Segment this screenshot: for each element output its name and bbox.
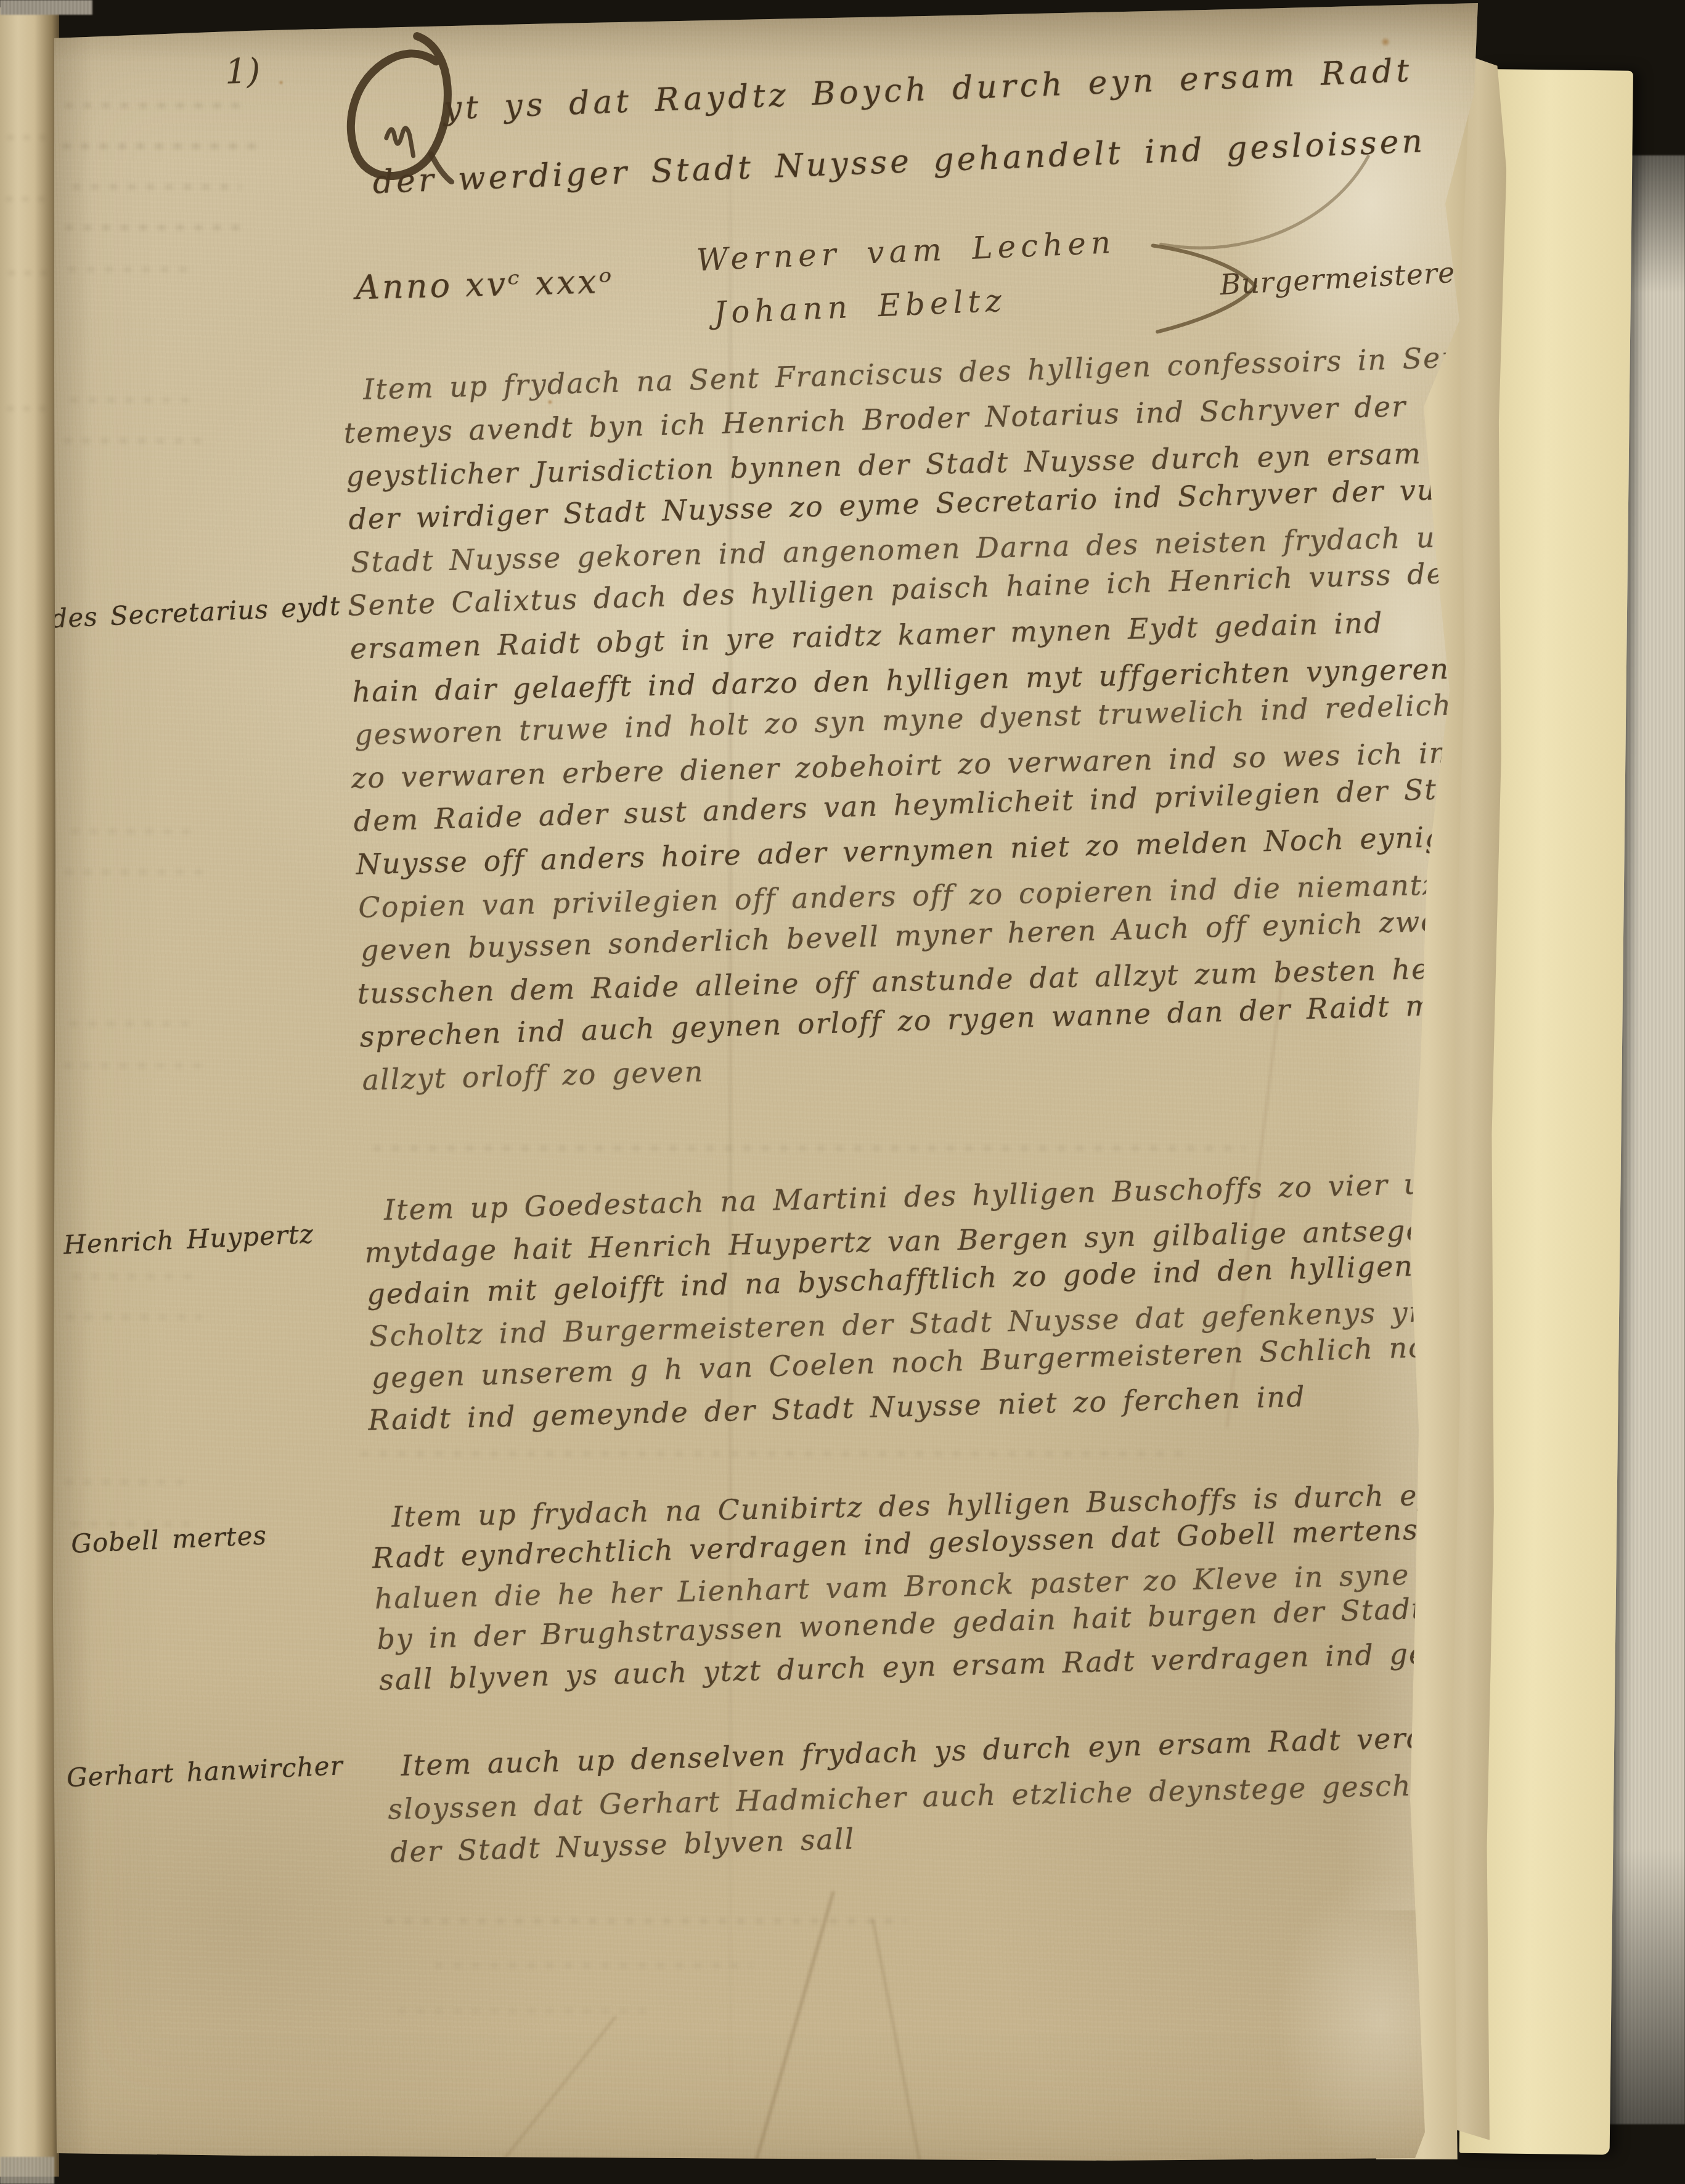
manuscript-text-line: allzyt orloff zo geven bbox=[362, 1054, 704, 1096]
bleed-through-smudge bbox=[5, 131, 48, 143]
margin-note: Gobell mertes bbox=[70, 1520, 267, 1559]
year-dateline: Anno xvᶜ xxxᵒ bbox=[355, 262, 614, 308]
book-cradle-fabric bbox=[0, 2157, 54, 2184]
folio-number: 1) bbox=[224, 51, 261, 92]
margin-note: Henrich Huypertz bbox=[63, 1219, 314, 1260]
margin-note: des Secretarius eydt bbox=[50, 591, 341, 634]
heading-line-1: yt ys dat Raydtz Boych durch eyn ersam R… bbox=[443, 52, 1414, 128]
burgomaster-name: Johann Ebeltz bbox=[713, 282, 1007, 330]
burgomaster-name: Werner vam Lechen bbox=[696, 224, 1116, 278]
bleed-through-smudge bbox=[6, 266, 49, 279]
bleed-through-smudge bbox=[5, 402, 48, 414]
book-cradle-fabric bbox=[0, 0, 92, 15]
previous-page-edge bbox=[0, 7, 59, 2177]
margin-note: Gerhart hanwircher bbox=[66, 1750, 344, 1793]
bleed-through-smudge bbox=[4, 192, 47, 205]
manuscript-text-line: der Stadt Nuysse blyven sall bbox=[390, 1822, 855, 1868]
photographed-manuscript-scene: 1) yt ys dat Raydtz Boych durch eyn ersa… bbox=[0, 0, 1685, 2184]
